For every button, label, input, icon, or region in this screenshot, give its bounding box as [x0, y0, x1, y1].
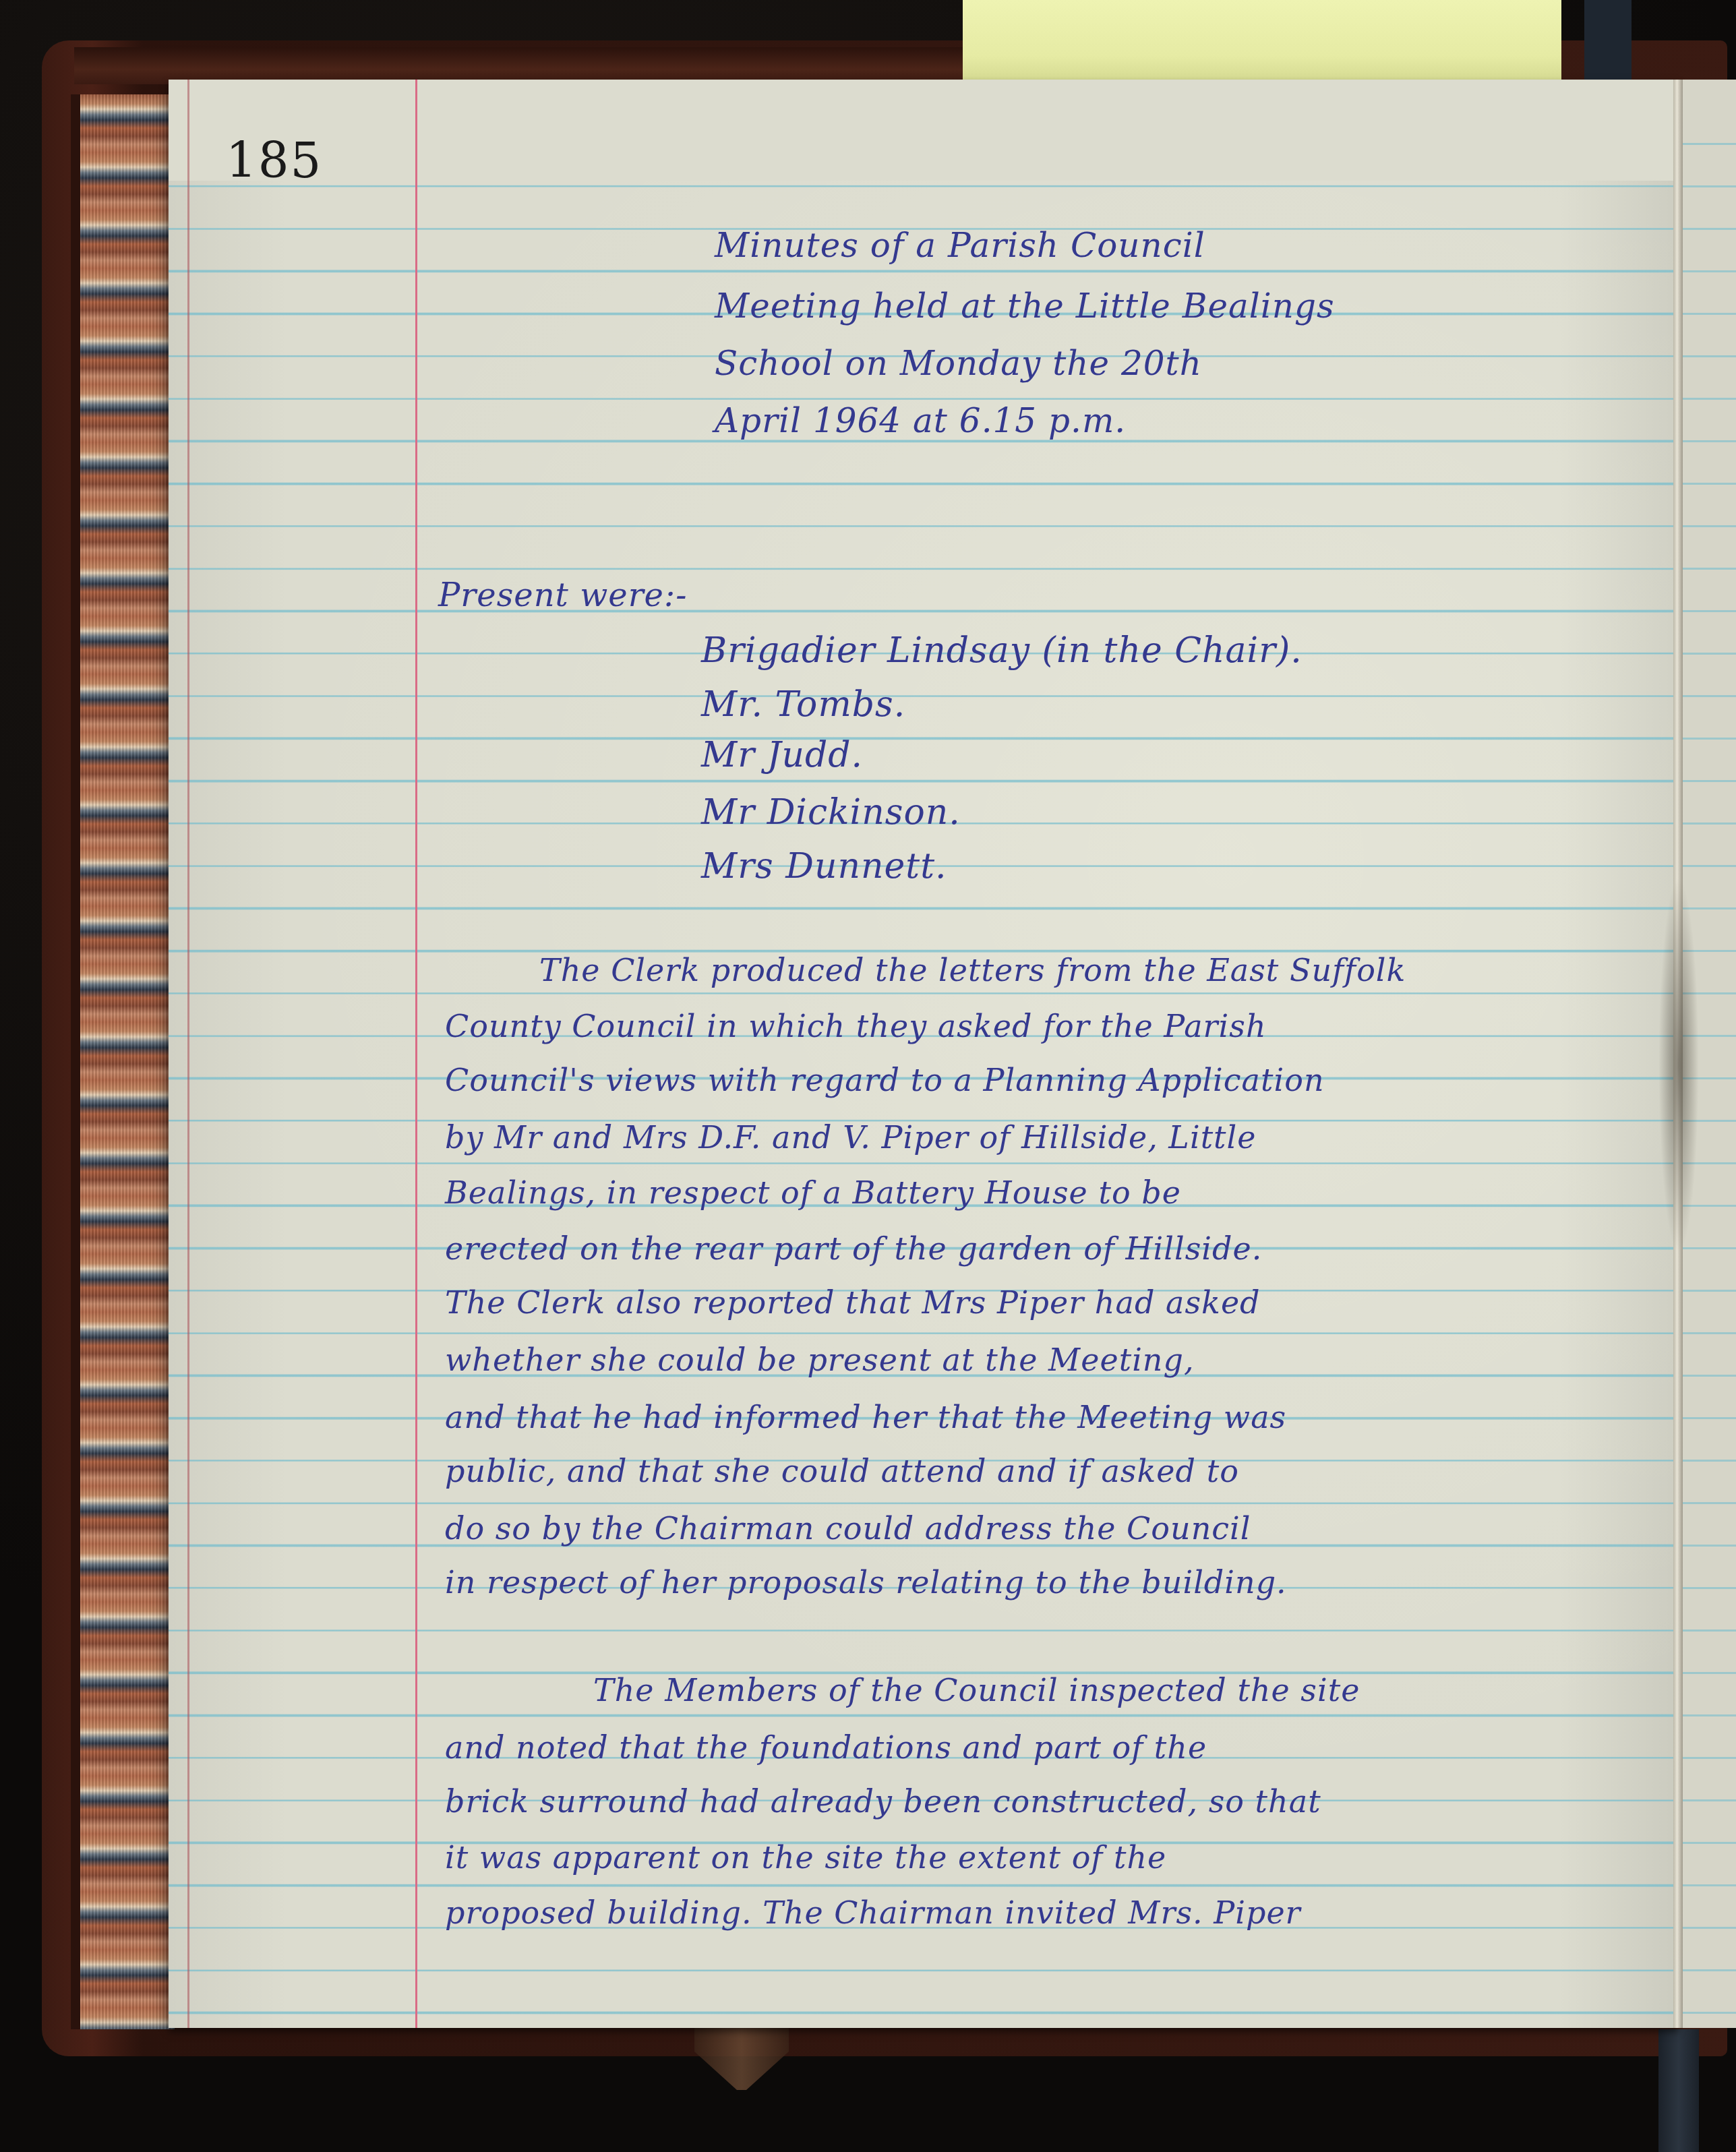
red-margin-line	[415, 80, 417, 2028]
facing-binding-strip-bottom	[1658, 2029, 1699, 2152]
paragraph-1-line: whether she could be present at the Meet…	[445, 1342, 1195, 1378]
heading-line-1: Minutes of a Parish Council	[715, 226, 1205, 265]
marbled-page-edges	[71, 94, 175, 2029]
present-label: Present were:-	[438, 576, 687, 614]
heading-line-2: Meeting held at the Little Bealings	[715, 287, 1335, 326]
paragraph-1-line: Council's views with regard to a Plannin…	[445, 1062, 1325, 1098]
paragraph-1-line: do so by the Chairman could address the …	[445, 1510, 1251, 1547]
paragraph-2-line: and noted that the foundations and part …	[445, 1729, 1207, 1766]
attendee: Mr Judd.	[701, 735, 863, 775]
paragraph-1-line: The Clerk also reported that Mrs Piper h…	[445, 1284, 1261, 1321]
paragraph-1-line: Bealings, in respect of a Battery House …	[445, 1174, 1181, 1211]
attendee: Mrs Dunnett.	[701, 846, 947, 887]
paragraph-1-line: and that he had informed her that the Me…	[445, 1399, 1286, 1435]
paragraph-1-line: in respect of her proposals relating to …	[445, 1564, 1287, 1601]
attendee: Mr Dickinson.	[701, 792, 961, 833]
sticky-note-tab	[963, 0, 1561, 80]
paragraph-1-line: public, and that she could attend and if…	[445, 1453, 1239, 1489]
paragraph-2-line: proposed building. The Chairman invited …	[445, 1894, 1301, 1931]
cover-top-band	[74, 47, 971, 84]
page-header-area	[169, 80, 1679, 181]
paragraph-1-line: The Clerk produced the letters from the …	[539, 952, 1406, 988]
paragraph-2-line: The Members of the Council inspected the…	[593, 1672, 1360, 1708]
facing-binding-strip	[1584, 0, 1632, 80]
heading-line-3: School on Monday the 20th	[715, 344, 1202, 383]
heading-line-4: April 1964 at 6.15 p.m.	[715, 401, 1126, 440]
gutter-stain	[1658, 876, 1699, 1254]
page-number: 185	[226, 132, 322, 189]
attendee: Mr. Tombs.	[701, 684, 905, 725]
paragraph-1-line: County Council in which they asked for t…	[445, 1008, 1267, 1044]
paragraph-1-line: by Mr and Mrs D.F. and V. Piper of Hills…	[445, 1119, 1257, 1156]
inner-margin-line	[187, 80, 189, 2028]
paragraph-2-line: brick surround had already been construc…	[445, 1783, 1321, 1820]
paragraph-1-line: erected on the rear part of the garden o…	[445, 1230, 1262, 1267]
paragraph-2-line: it was apparent on the site the extent o…	[445, 1839, 1166, 1876]
attendee: Brigadier Lindsay (in the Chair).	[701, 630, 1303, 671]
